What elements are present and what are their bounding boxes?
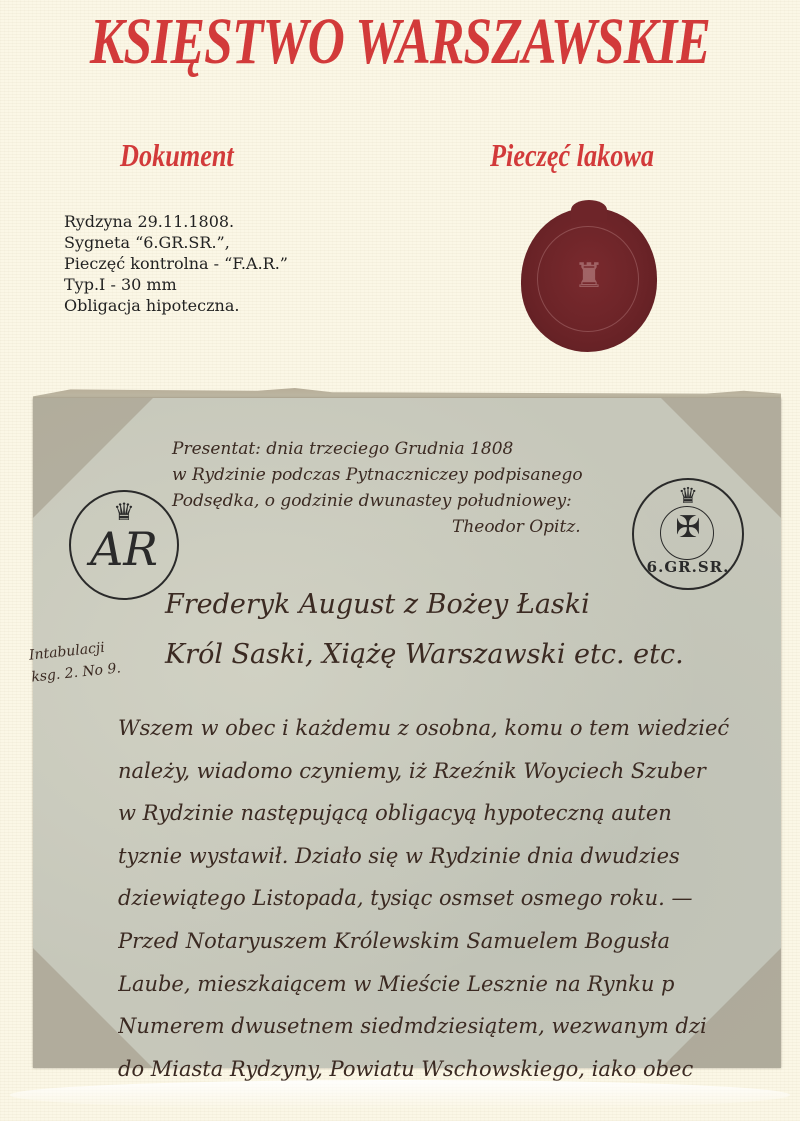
info-line-place-date: Rydzyna 29.11.1808. xyxy=(64,211,288,232)
body-line: Przed Notaryuszem Królewskim Samuelem Bo… xyxy=(118,920,783,963)
presentat-line: Podsędka, o godzinie dwunastey południow… xyxy=(172,488,583,514)
presentat-note: Presentat: dnia trzeciego Grudnia 1808 w… xyxy=(172,436,583,540)
stamp-value: 6.GR.SR. xyxy=(634,558,742,576)
seal-label: Pieczęć lakowa xyxy=(490,137,654,174)
body-line: Wszem w obec i każdemu z osobna, komu o … xyxy=(118,707,783,750)
presentat-line: w Rydzinie podczas Pytnaczniczey podpisa… xyxy=(172,462,583,488)
far-control-stamp: ♛ AR xyxy=(69,490,179,600)
sleeve-glare xyxy=(10,1080,790,1110)
eagle-icon: ✠ xyxy=(634,510,742,545)
heading-line: Frederyk August z Bożey Łaski xyxy=(165,580,684,630)
body-line: w Rydzinie następującą obligacyą hypotec… xyxy=(118,792,783,835)
margin-note: Intabulacji ksg. 2. No 9. xyxy=(28,635,122,688)
wax-seal-emblem-icon: ♜ xyxy=(521,256,657,296)
body-line: tyznie wystawił. Działo się w Rydzinie d… xyxy=(118,835,783,878)
monogram-icon: AR xyxy=(71,522,177,576)
royal-heading: Frederyk August z Bożey Łaski Król Saski… xyxy=(165,580,684,680)
wax-seal-icon: ♜ xyxy=(521,208,657,352)
document-info: Rydzyna 29.11.1808. Sygneta “6.GR.SR.”, … xyxy=(64,211,288,316)
info-line-control-seal: Pieczęć kontrolna - “F.A.R.” xyxy=(64,253,288,274)
info-line-type: Typ.I - 30 mm xyxy=(64,274,288,295)
crown-icon: ♛ xyxy=(634,484,742,509)
signet-stamp-6gr: ♛ ✠ 6.GR.SR. xyxy=(632,478,744,590)
body-line: należy, wiadomo czyniemy, iż Rzeźnik Woy… xyxy=(118,750,783,793)
page-title: KSIĘSTWO WARSZAWSKIE xyxy=(88,4,712,80)
document-label: Dokument xyxy=(120,137,234,174)
manuscript-body: Wszem w obec i każdemu z osobna, komu o … xyxy=(118,707,783,1090)
info-line-kind: Obligacja hipoteczna. xyxy=(64,295,288,316)
body-line: Numerem dwusetnem siedmdziesiątem, wezwa… xyxy=(118,1005,783,1048)
body-line: Laube, mieszkaiącem w Mieście Lesznie na… xyxy=(118,963,783,1006)
heading-line: Król Saski, Xiążę Warszawski etc. etc. xyxy=(165,630,684,680)
info-line-signet: Sygneta “6.GR.SR.”, xyxy=(64,232,288,253)
body-line: dziewiątego Listopada, tysiąc osmset osm… xyxy=(118,877,783,920)
presentat-signature: Theodor Opitz. xyxy=(172,514,583,540)
presentat-line: Presentat: dnia trzeciego Grudnia 1808 xyxy=(172,436,583,462)
